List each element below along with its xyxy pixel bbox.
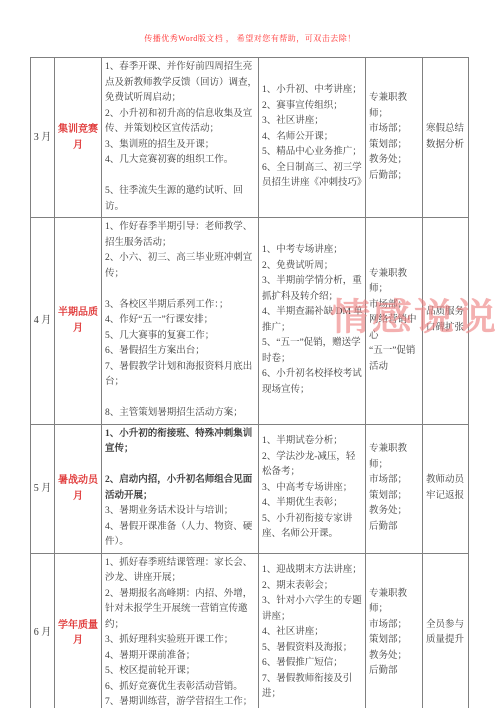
activity-line: 4、半期优生表彰； <box>262 496 364 512</box>
activity-line: 5、暑假资料及海报； <box>262 641 364 657</box>
monthly-plan-table: 3 月 集训竞赛月 1、春季开课、并作好前四周招生亮点及新教师教学反馈（回访）调… <box>30 57 469 708</box>
table-row: 6 月 学年质量月 1、抓好春季班结课管理：家长会、沙龙、讲座开展；2、暑期报名… <box>31 553 469 708</box>
activity-line: 6、全日制高三、初三学员招生讲座《冲刺技巧》 <box>262 161 364 192</box>
table-row: 5 月 暑战动员月 1、小升初的衔接班、特殊冲刺集训宣传；2、启动内招，小升初名… <box>31 424 469 553</box>
department-line: 教务处； <box>369 153 421 169</box>
task-line: 7、暑期训练营，游学营招生工作； <box>105 695 257 708</box>
activity-line: 6、小升初名校择校考试现场宣传； <box>262 367 364 398</box>
department-line: 网络营销中心 <box>369 313 421 344</box>
task-line <box>105 458 257 474</box>
month-cell: 4 月 <box>31 218 55 425</box>
task-line: 2、小升初和初升高的信息收集及宣传、并策划校区宣传活动； <box>105 107 257 138</box>
activity-line: 3、针对小六学生的专题讲座； <box>262 594 364 625</box>
activities-cell: 1、中考专场讲座；2、免费试听周；3、半期前学情分析，重抓扩科及转介绍；4、半期… <box>259 218 366 425</box>
task-line: 5、往季流失生源的邀约试听、回访。 <box>105 184 257 215</box>
activity-line: 2、免费试听周； <box>262 259 364 275</box>
department-line: 市场部； <box>369 473 421 489</box>
document-page: 传播优秀Word版文档 ， 希望对您有帮助，可双击去除！ 情感说说 3 月 集训… <box>0 0 500 708</box>
activity-line: 5、“五一”促销，赠送学时卷； <box>262 336 364 367</box>
department-line: 策划部； <box>369 138 421 154</box>
department-line: 策划部； <box>369 489 421 505</box>
activity-line: 5、小升初衔接专家讲座、名师公开课。 <box>262 512 364 543</box>
activity-line: 6、暑假推广短信； <box>262 656 364 672</box>
activity-line: 4、名师公开课； <box>262 130 364 146</box>
department-line: 后勤部 <box>369 520 421 536</box>
task-line: 4、几大竞赛初赛的组织工作。 <box>105 153 257 169</box>
activity-line: 3、社区讲座； <box>262 114 364 130</box>
theme-cell: 暑战动员月 <box>55 424 102 553</box>
task-line: 4、暑期开课前准备； <box>105 649 257 665</box>
task-line: 8、主管策划暑期招生活动方案； <box>105 406 257 422</box>
task-line: 6、抓好竞赛优生表彰活动营销。 <box>105 680 257 696</box>
activity-line: 1、中考专场讲座； <box>262 243 364 259</box>
task-line: 3、抓好理科实验班开课工作； <box>105 633 257 649</box>
activities-cell: 1、小升初、中考讲座；2、赛事宣传组织；3、社区讲座；4、名师公开课；5、精品中… <box>259 58 366 218</box>
activity-line: 1、小升初、中考讲座； <box>262 83 364 99</box>
task-line: 3、各校区半期后系列工作：； <box>105 298 257 314</box>
tasks-cell: 1、春季开课、并作好前四周招生亮点及新教师教学反馈（回访）调查，免费试听周启动；… <box>102 58 259 218</box>
activity-line: 1、迎战期末方法讲座； <box>262 563 364 579</box>
department-line: “五一”促销活动 <box>369 344 421 375</box>
month-cell: 6 月 <box>31 553 55 708</box>
result-cell: 教师动员牢记返报 <box>423 424 469 553</box>
result-cell: 全员参与质量提升 <box>423 553 469 708</box>
theme-cell: 半期品质月 <box>55 218 102 425</box>
tasks-cell: 1、抓好春季班结课管理：家长会、沙龙、讲座开展；2、暑期报名高峰期：内招、外增，… <box>102 553 259 708</box>
task-line: 1、小升初的衔接班、特殊冲刺集训宣传； <box>105 427 257 458</box>
activity-line: 2、学法沙龙-减压，轻松备考； <box>262 450 364 481</box>
activities-cell: 1、半期试卷分析；2、学法沙龙-减压，轻松备考；3、中高考专场讲座；4、半期优生… <box>259 424 366 553</box>
task-line: 2、小六、初三、高三毕业班冲刺宣传； <box>105 251 257 282</box>
department-line: 策划部； <box>369 633 421 649</box>
department-line: 后勤部 <box>369 664 421 680</box>
task-line: 1、作好春季半期引导：老师教学、招生服务活动； <box>105 220 257 251</box>
task-line: 3、集训班的招生及开课； <box>105 138 257 154</box>
task-line <box>105 169 257 185</box>
tasks-cell: 1、作好春季半期引导：老师教学、招生服务活动；2、小六、初三、高三毕业班冲刺宣传… <box>102 218 259 425</box>
department-line: 后勤部； <box>369 169 421 185</box>
activity-line: 7、暑假教师衔接及引进； <box>262 672 364 703</box>
departments-cell: 专兼职教师；市场部；网络营销中心“五一”促销活动 <box>366 218 423 425</box>
task-line: 4、暑假开课准备（人力、物资、硬件）。 <box>105 520 257 551</box>
department-line: 专兼职教师； <box>369 587 421 618</box>
task-line: 1、春季开课、并作好前四周招生亮点及新教师教学反馈（回访）调查，免费试听周启动； <box>105 60 257 107</box>
task-line: 1、抓好春季班结课管理：家长会、沙龙、讲座开展； <box>105 556 257 587</box>
department-line: 专兼职教师； <box>369 442 421 473</box>
result-cell: 品质服务口碑扩张 <box>423 218 469 425</box>
departments-cell: 专兼职教师；市场部；策划部；教务处；后勤部； <box>366 58 423 218</box>
department-line: 市场部； <box>369 618 421 634</box>
task-line: 3、暑期业务话术设计与培训； <box>105 504 257 520</box>
activity-line: 1、半期试卷分析； <box>262 434 364 450</box>
table-row: 4 月 半期品质月 1、作好春季半期引导：老师教学、招生服务活动；2、小六、初三… <box>31 218 469 425</box>
activity-line: 5、精品中心业务推广； <box>262 145 364 161</box>
task-line: 5、校区提前轮开课； <box>105 664 257 680</box>
department-line: 教务处； <box>369 649 421 665</box>
task-line: 4、作好“五一”行课安排； <box>105 313 257 329</box>
department-line: 专兼职教师； <box>369 267 421 298</box>
activity-line: 4、半期查漏补缺 DM 单推广； <box>262 305 364 336</box>
activity-line: 3、半期前学情分析，重抓扩科及转介绍； <box>262 274 364 305</box>
departments-cell: 专兼职教师；市场部；策划部；教务处；后勤部 <box>366 424 423 553</box>
activity-line: 4、社区讲座； <box>262 625 364 641</box>
activities-cell: 1、迎战期末方法讲座；2、期末表彰会；3、针对小六学生的专题讲座；4、社区讲座；… <box>259 553 366 708</box>
activity-line: 2、期末表彰会； <box>262 579 364 595</box>
department-line: 市场部； <box>369 122 421 138</box>
tasks-cell: 1、小升初的衔接班、特殊冲刺集训宣传；2、启动内招，小升初名师组合见面活动开展；… <box>102 424 259 553</box>
department-line: 市场部； <box>369 298 421 314</box>
department-line: 教务处； <box>369 504 421 520</box>
task-line <box>105 282 257 298</box>
activity-line: 3、中高考专场讲座； <box>262 481 364 497</box>
task-line <box>105 391 257 407</box>
activity-line: 2、赛事宣传组织； <box>262 99 364 115</box>
task-line: 2、暑期报名高峰期：内招、外增，针对未报学生开展统一营销宣传邀约； <box>105 587 257 634</box>
header-notice: 传播优秀Word版文档 ， 希望对您有帮助，可双击去除！ <box>0 0 500 44</box>
task-line: 7、暑假教学计划和海报资料月底出台； <box>105 360 257 391</box>
departments-cell: 专兼职教师；市场部；策划部；教务处；后勤部 <box>366 553 423 708</box>
department-line: 专兼职教师； <box>369 91 421 122</box>
theme-cell: 集训竞赛月 <box>55 58 102 218</box>
task-line: 5、几大赛事的复赛工作； <box>105 329 257 345</box>
task-line: 6、暑假招生方案出台； <box>105 344 257 360</box>
task-line: 2、启动内招，小升初名师组合见面活动开展； <box>105 473 257 504</box>
theme-cell: 学年质量月 <box>55 553 102 708</box>
table-row: 3 月 集训竞赛月 1、春季开课、并作好前四周招生亮点及新教师教学反馈（回访）调… <box>31 58 469 218</box>
month-cell: 5 月 <box>31 424 55 553</box>
month-cell: 3 月 <box>31 58 55 218</box>
result-cell: 寒假总结数据分析 <box>423 58 469 218</box>
